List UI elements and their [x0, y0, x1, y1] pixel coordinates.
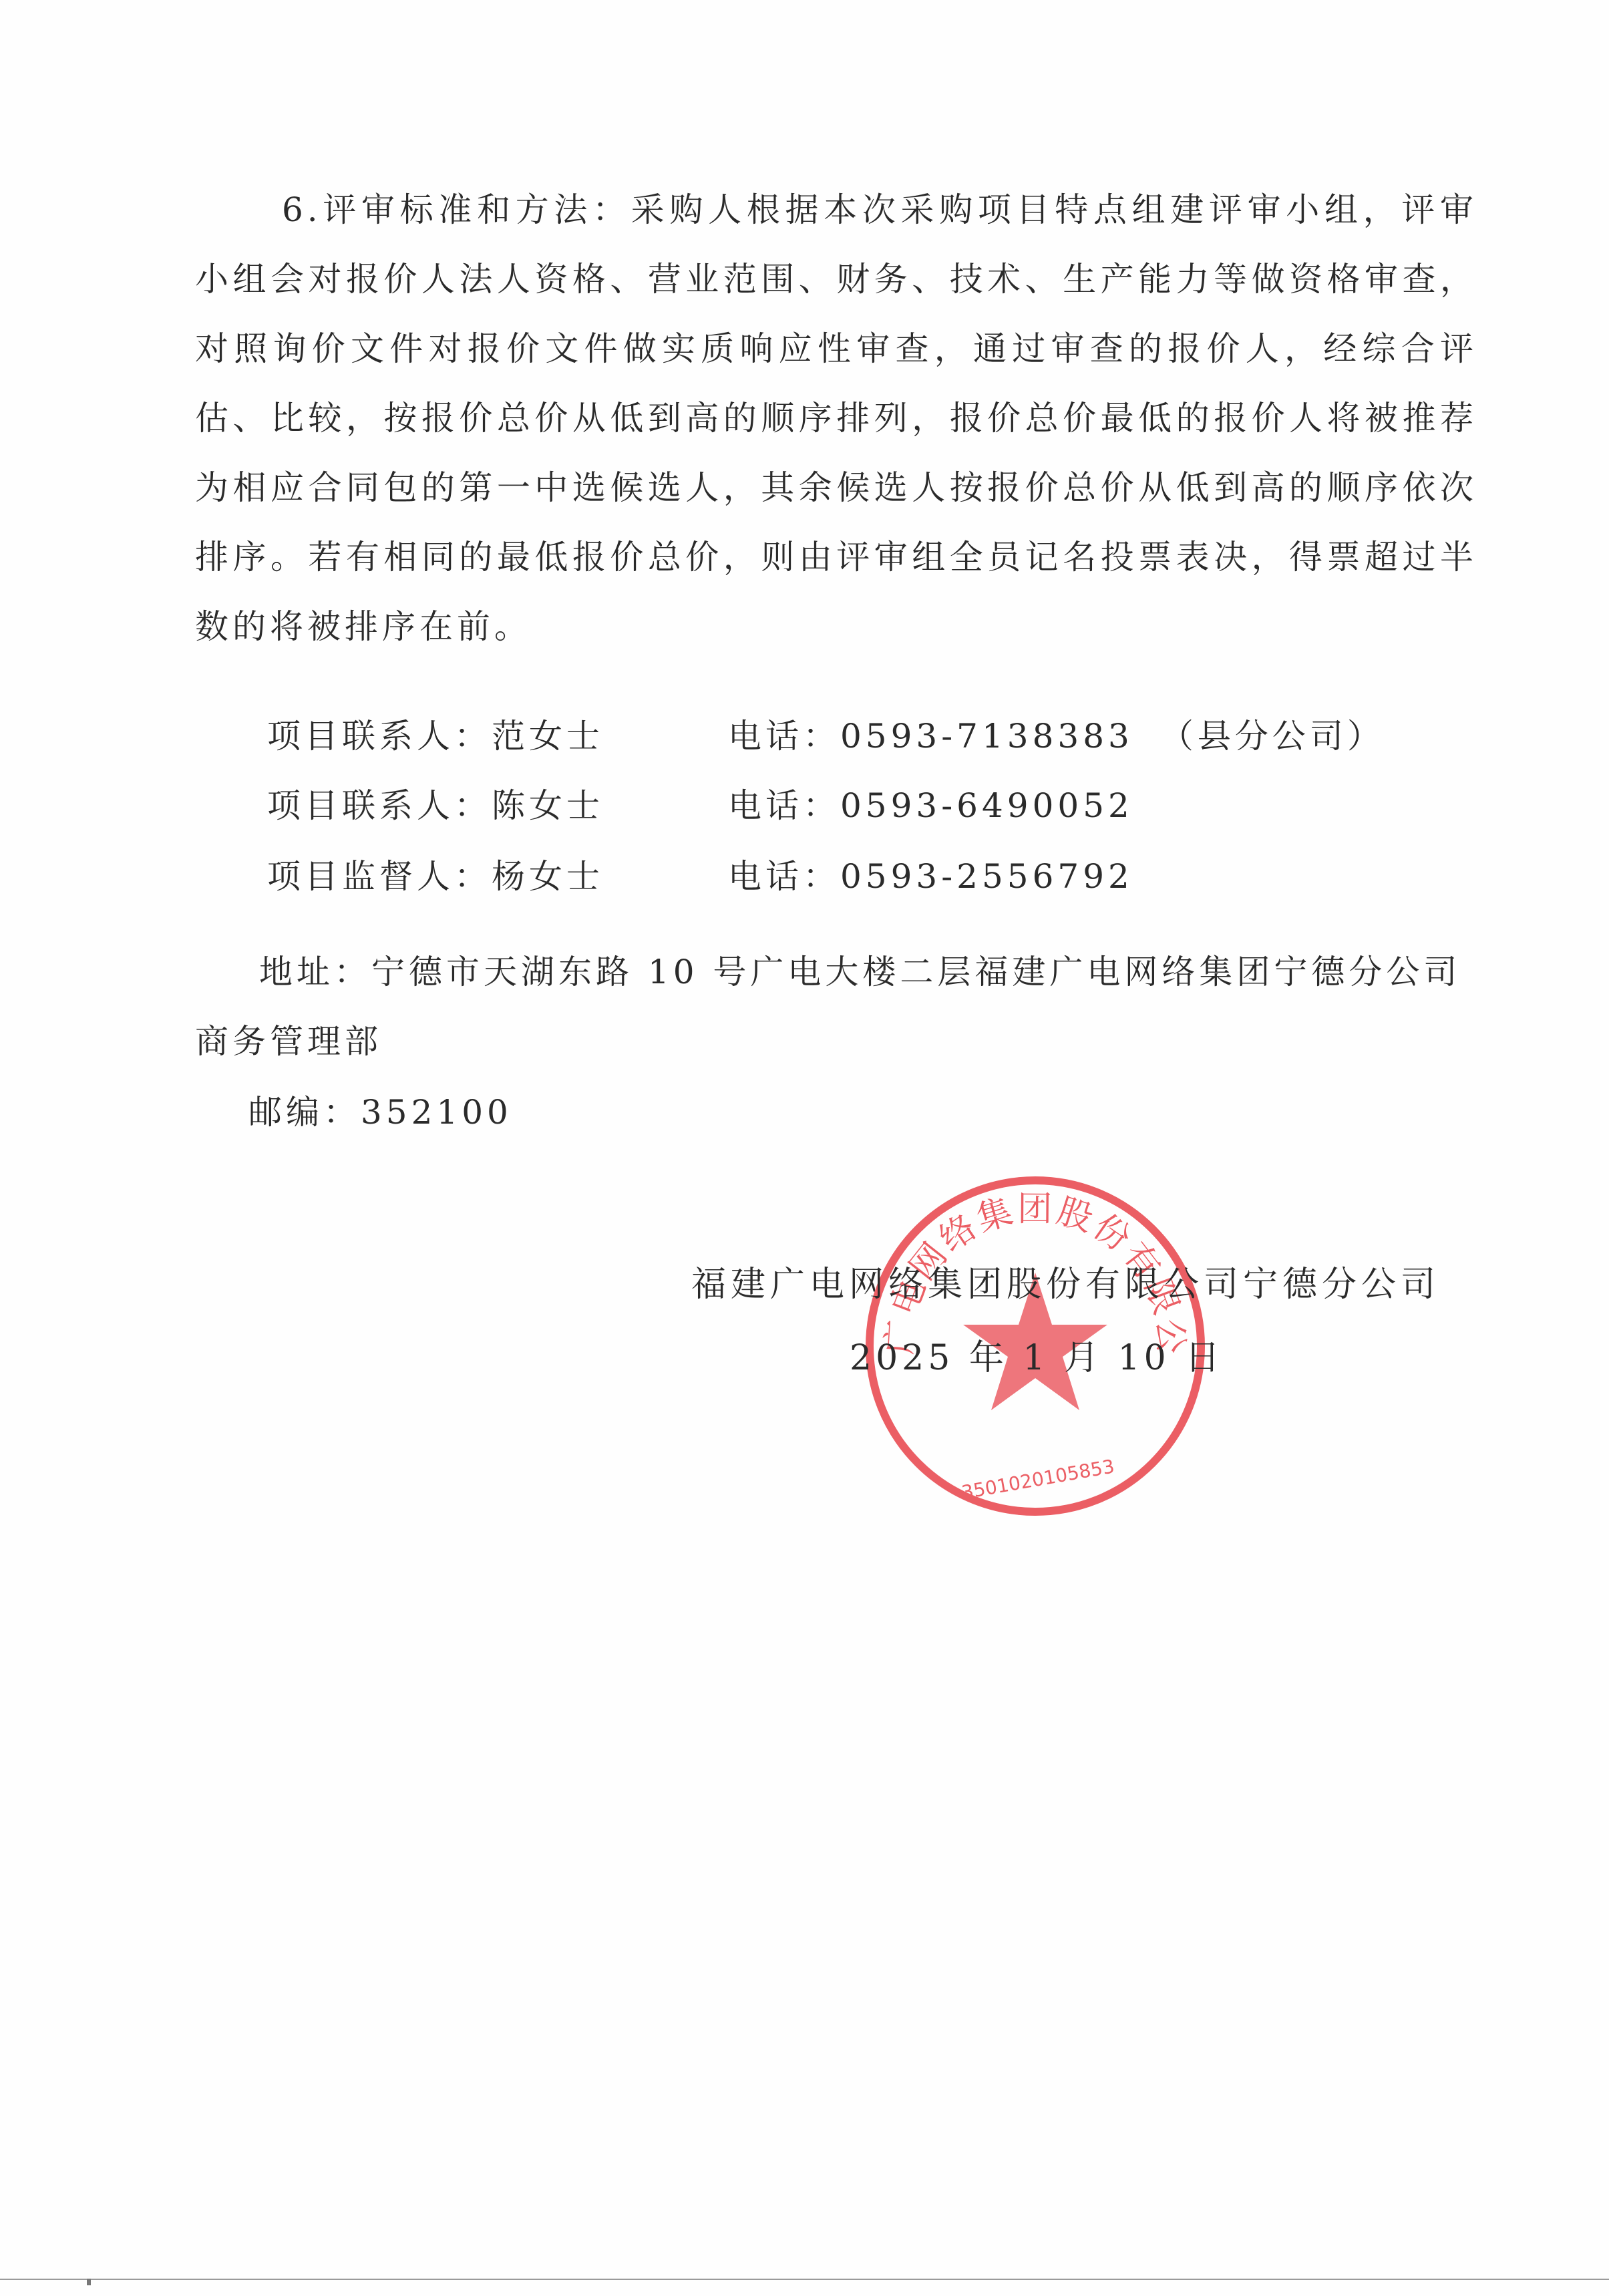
- contact-phone: 电话：0593-6490052: [728, 779, 1133, 827]
- contact-label: 项目联系人：陈女士: [267, 779, 728, 827]
- contact-label: 项目监督人：杨女士: [267, 850, 728, 898]
- seal-rim-number: 3501020105853: [960, 1455, 1116, 1504]
- contact-label: 项目联系人：范女士: [267, 709, 728, 758]
- contact-note: （县分公司）: [1160, 709, 1385, 758]
- scanned-page: 6.评审标准和方法：采购人根据本次采购项目特点组建评审小组，评审小组会对报价人法…: [0, 0, 1609, 2296]
- criteria-paragraph: 6.评审标准和方法：采购人根据本次采购项目特点组建评审小组，评审小组会对报价人法…: [195, 175, 1477, 661]
- contact-row-yang: 项目监督人：杨女士电话：0593-2556792: [267, 850, 1133, 898]
- address-line-2: 商务管理部: [195, 1022, 382, 1061]
- contact-phone: 电话：0593-2556792: [728, 850, 1133, 898]
- evaluation-criteria-section: 6.评审标准和方法：采购人根据本次采购项目特点组建评审小组，评审小组会对报价人法…: [195, 175, 1477, 661]
- scan-edge-line: [0, 2279, 1609, 2280]
- postcode: 邮编：352100: [248, 1086, 512, 1134]
- contact-phone: 电话：0593-7138383: [728, 709, 1133, 758]
- address-block: 地址：宁德市天湖东路 10 号广电大楼二层福建广电网络集团宁德分公司 商务管理部: [195, 937, 1477, 1076]
- signature-organization: 福建广电网络集团股份有限公司宁德分公司: [691, 1256, 1440, 1306]
- address-line-1: 地址：宁德市天湖东路 10 号广电大楼二层福建广电网络集团宁德分公司: [195, 937, 1477, 1007]
- signature-date: 2025 年 1 月 10 日: [850, 1329, 1224, 1379]
- contact-row-fan: 项目联系人：范女士电话：0593-7138383（县分公司）: [267, 709, 1385, 758]
- scan-edge-tick: [87, 2279, 91, 2285]
- contact-row-chen: 项目联系人：陈女士电话：0593-6490052: [267, 779, 1133, 827]
